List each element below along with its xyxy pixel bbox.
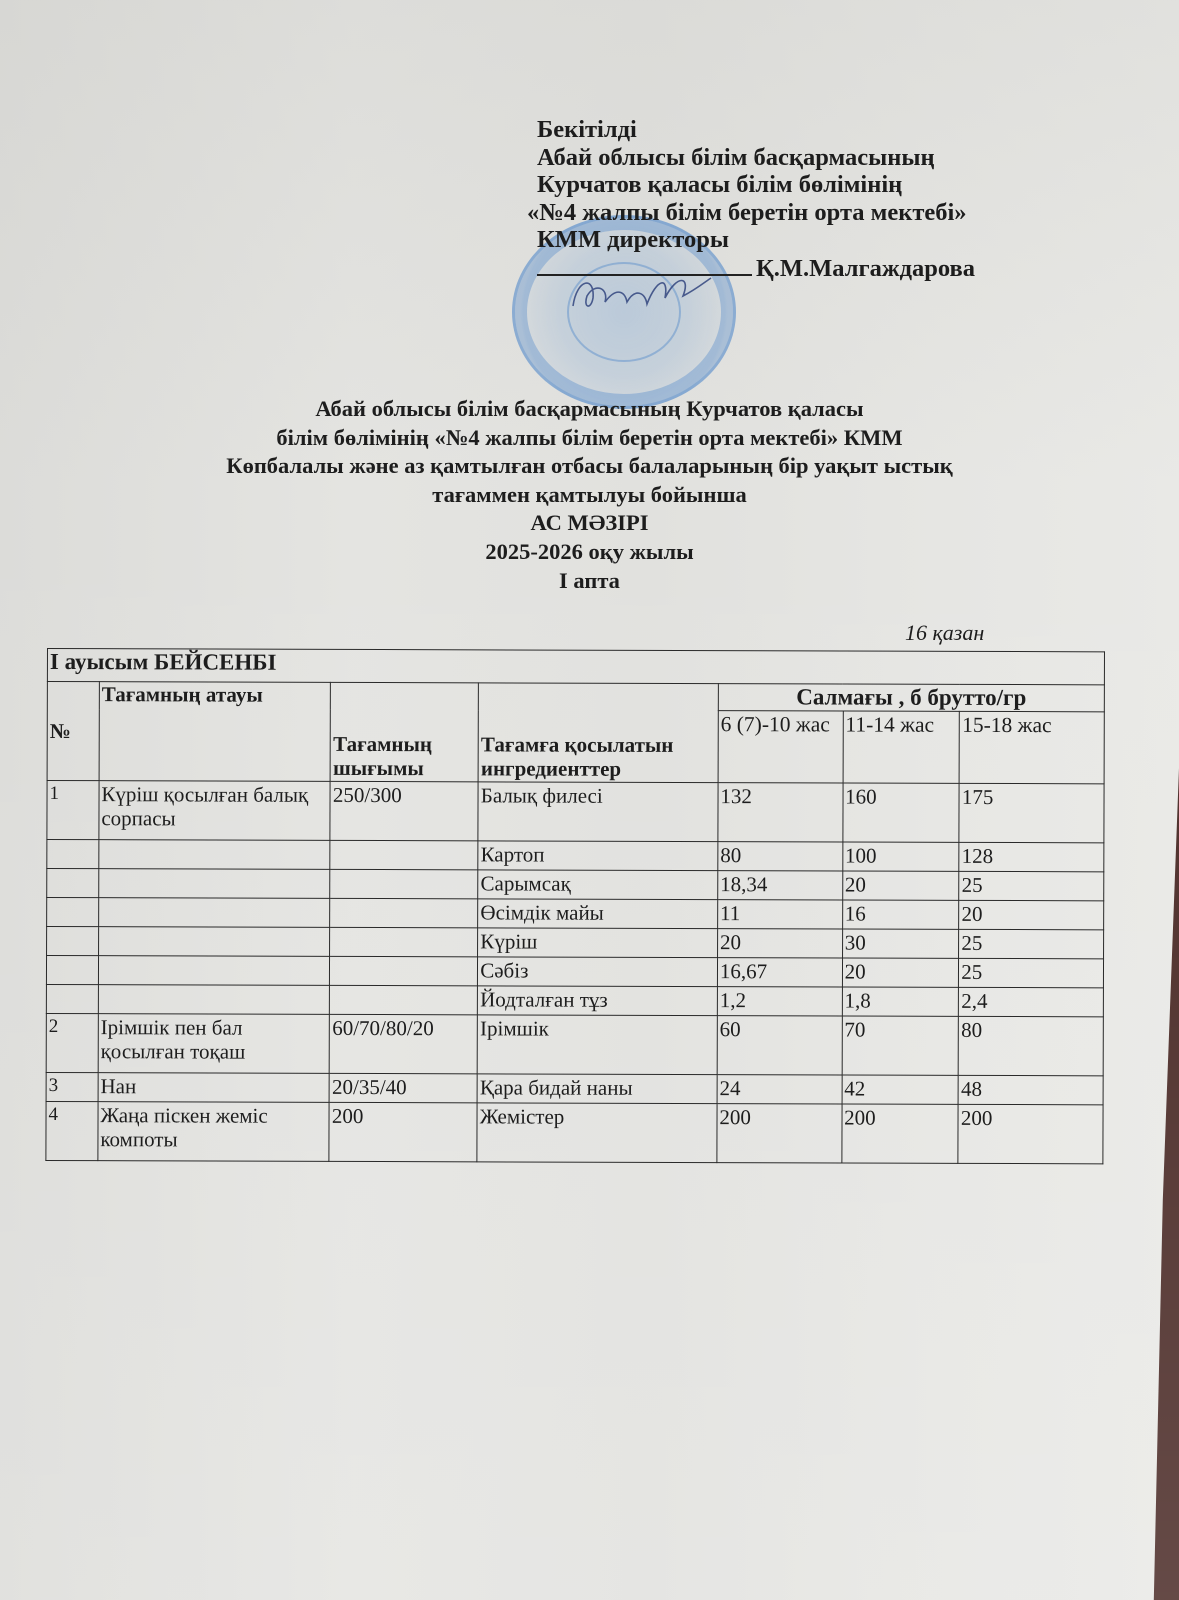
menu-heading: АС МӘЗІРІ [0,509,1179,538]
cell-weight-15-18: 25 [959,871,1104,900]
cell-number [47,869,99,898]
cell-number: 4 [46,1101,98,1160]
cell-weight-6-10: 1,2 [717,987,842,1016]
cell-number: 2 [46,1013,98,1072]
cell-weight-6-10: 24 [717,1075,842,1104]
approval-line: КММ директоры [537,226,975,254]
cell-number [47,898,99,927]
header-age-6-10: 6 (7)-10 жас [718,711,843,783]
cell-weight-11-14: 200 [842,1104,959,1163]
header-weight-group: Салмағы , б брутто/гр [718,684,1104,712]
cell-weight-15-18: 48 [958,1075,1103,1104]
cell-weight-6-10: 200 [717,1104,842,1163]
cell-yield [330,985,478,1014]
title-line: Абай облысы білім басқармасының Курчатов… [0,395,1179,424]
table-row: 1 Күріш қосылған балық сорпасы 250/300 Б… [47,781,1104,843]
cell-number [47,840,99,869]
header-age-15-18: 15-18 жас [959,711,1104,783]
table-row: 2 Ірімшік пен бал қосылған тоқаш 60/70/8… [46,1013,1103,1075]
title-line: білім бөлімінің «№4 жалпы білім беретін … [0,424,1179,453]
shift-title: І ауысым БЕЙСЕНБІ [47,649,1104,685]
menu-date: 16 қазан [905,620,984,646]
cell-number [46,956,98,985]
cell-dish: Күріш қосылған балық сорпасы [99,781,331,841]
table-row: Сәбіз 16,67 20 25 [46,956,1103,988]
cell-yield [330,840,478,869]
cell-yield [330,869,478,898]
cell-dish [98,985,330,1015]
background-surface [1119,0,1179,1600]
cell-dish: Нан [98,1073,330,1103]
cell-weight-11-14: 100 [842,842,959,871]
cell-weight-6-10: 11 [718,900,843,929]
cell-weight-11-14: 30 [842,929,959,958]
cell-weight-6-10: 20 [717,929,842,958]
approval-line: Бекітілді [537,116,975,144]
cell-yield: 200 [329,1102,477,1161]
cell-ingredient: Сарымсақ [478,870,718,900]
signatory-name: Қ.М.Малгаждарова [756,255,975,282]
week-label: І апта [0,567,1179,596]
academic-year: 2025-2026 оқу жылы [0,538,1179,567]
cell-weight-6-10: 80 [718,842,843,871]
cell-yield: 20/35/40 [329,1073,477,1102]
approval-line: Курчатов қаласы білім бөлімінің [537,171,975,199]
cell-weight-15-18: 25 [959,958,1104,987]
cell-ingredient: Картоп [478,841,718,871]
cell-yield [330,898,478,927]
cell-yield [330,956,478,985]
cell-ingredient: Балық филесі [478,782,718,842]
table-row: 3 Нан 20/35/40 Қара бидай наны 24 42 48 [46,1072,1103,1104]
cell-number [46,984,98,1013]
cell-weight-11-14: 42 [842,1075,959,1104]
cell-ingredient: Күріш [478,928,718,958]
cell-weight-15-18: 128 [959,842,1104,871]
cell-weight-11-14: 70 [842,1016,959,1075]
cell-weight-6-10: 60 [717,1016,842,1075]
cell-dish [99,898,331,928]
document-title: Абай облысы білім басқармасының Курчатов… [0,395,1179,595]
cell-weight-15-18: 25 [959,929,1104,958]
table-row: Сарымсақ 18,34 20 25 [47,869,1104,901]
cell-dish [98,927,330,957]
signature-underline [537,254,752,276]
cell-dish [99,840,331,870]
cell-ingredient: Йодталған тұз [478,986,718,1016]
approval-line: Абай облысы білім басқармасының [537,144,975,172]
cell-weight-11-14: 16 [842,900,959,929]
cell-weight-15-18: 200 [958,1104,1103,1163]
cell-yield: 60/70/80/20 [330,1014,478,1073]
cell-weight-11-14: 160 [843,783,960,842]
cell-dish: Жаңа піскен жеміс компоты [98,1102,330,1162]
cell-weight-11-14: 20 [842,958,959,987]
cell-number: 1 [47,781,99,840]
cell-weight-6-10: 16,67 [717,958,842,987]
header-age-11-14: 11-14 жас [843,711,960,783]
header-number: № [47,682,99,781]
table-row: Өсімдік майы 11 16 20 [47,898,1104,930]
cell-weight-15-18: 175 [959,783,1104,842]
cell-number [47,927,99,956]
table-row: Күріш 20 30 25 [47,927,1104,959]
header-dish-name: Тағамның атауы [99,682,331,782]
menu-table: І ауысым БЕЙСЕНБІ № Тағамның атауы Тағам… [45,648,1105,1164]
cell-weight-11-14: 1,8 [842,987,959,1016]
cell-weight-6-10: 132 [718,783,843,842]
title-line: Көпбалалы және аз қамтылған отбасы балал… [0,452,1179,481]
approval-line: «№4 жалпы білім беретін орта мектебі» [527,199,975,227]
cell-ingredient: Сәбіз [478,957,718,987]
cell-ingredient: Қара бидай наны [477,1074,717,1104]
title-line: тағаммен қамтылуы бойынша [0,481,1179,510]
cell-yield: 250/300 [330,781,478,840]
header-ingredients: Тағамға қосылатын ингредиенттер [478,683,718,783]
approval-block: Бекітілді Абай облысы білім басқармасыны… [537,116,975,282]
cell-dish: Ірімшік пен бал қосылған тоқаш [98,1014,330,1074]
cell-weight-15-18: 20 [959,900,1104,929]
table-row: Картоп 80 100 128 [47,840,1104,872]
cell-ingredient: Ірімшік [477,1015,717,1075]
table-row: Йодталған тұз 1,2 1,8 2,4 [46,984,1103,1016]
cell-number: 3 [46,1072,98,1101]
cell-ingredient: Өсімдік майы [478,899,718,929]
cell-weight-6-10: 18,34 [718,871,843,900]
signature-line: Қ.М.Малгаждарова [537,254,975,283]
cell-weight-11-14: 20 [842,871,959,900]
cell-weight-15-18: 2,4 [959,987,1104,1016]
table-row: 4 Жаңа піскен жеміс компоты 200 Жемістер… [46,1101,1103,1163]
header-dish-yield: Тағамның шығымы [330,682,478,781]
cell-ingredient: Жемістер [477,1103,717,1163]
cell-yield [330,927,478,956]
cell-weight-15-18: 80 [959,1016,1104,1075]
cell-dish [98,956,330,986]
cell-dish [99,869,331,899]
